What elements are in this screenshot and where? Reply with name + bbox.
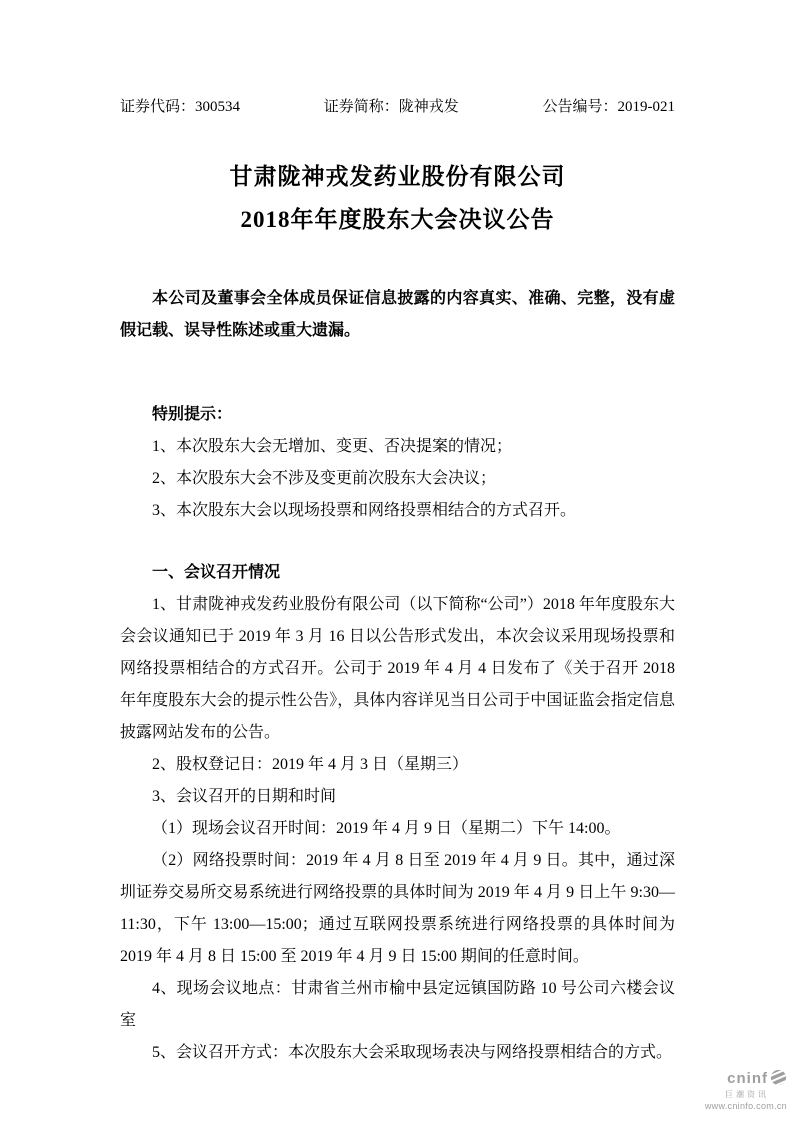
disclaimer-paragraph: 本公司及董事会全体成员保证信息披露的内容真实、准确、完整，没有虚假记载、误导性陈…: [120, 283, 675, 347]
cninfo-brand-text: cninf: [727, 1071, 768, 1088]
section-paragraph: 2、股权登记日：2019 年 4 月 3 日（星期三）: [120, 749, 675, 781]
doc-header: 证券代码：300534 证券简称：陇神戎发 公告编号：2019-021: [120, 97, 675, 117]
cninfo-brand-chinese: 巨潮资讯: [637, 1091, 769, 1100]
cninfo-swirl-icon: [770, 1069, 787, 1091]
stock-code: 证券代码：300534: [120, 97, 240, 117]
special-notice-item: 1、本次股东大会无增加、变更、否决提案的情况；: [120, 431, 675, 463]
meeting-section: 一、会议召开情况 1、甘肃陇神戎发药业股份有限公司（以下简称“公司”）2018 …: [120, 557, 675, 1069]
cninfo-brand-row: cninf: [637, 1069, 787, 1091]
special-notice-heading: 特别提示：: [120, 399, 675, 431]
section-heading: 一、会议召开情况: [120, 557, 675, 589]
document-content: 证券代码：300534 证券简称：陇神戎发 公告编号：2019-021 甘肃陇神…: [0, 0, 793, 1069]
section-paragraph: 5、会议召开方式：本次股东大会采取现场表决与网络投票相结合的方式。: [120, 1037, 675, 1069]
stock-short-name: 证券简称：陇神戎发: [324, 97, 459, 117]
section-paragraph: （2）网络投票时间：2019 年 4 月 8 日至 2019 年 4 月 9 日…: [120, 845, 675, 973]
special-notice-item: 2、本次股东大会不涉及变更前次股东大会决议；: [120, 463, 675, 495]
disclaimer-section: 本公司及董事会全体成员保证信息披露的内容真实、准确、完整，没有虚假记载、误导性陈…: [120, 283, 675, 347]
cninfo-logo: cninf 巨潮资讯 www.cninfo.com.cn: [637, 1069, 787, 1112]
announcement-title: 2018年年度股东大会决议公告: [120, 204, 675, 236]
special-notice-item: 3、本次股东大会以现场投票和网络投票相结合的方式召开。: [120, 495, 675, 527]
section-paragraph: （1）现场会议召开时间：2019 年 4 月 9 日（星期二）下午 14:00。: [120, 813, 675, 845]
section-paragraph: 3、会议召开的日期和时间: [120, 781, 675, 813]
document-page: 证券代码：300534 证券简称：陇神戎发 公告编号：2019-021 甘肃陇神…: [0, 0, 793, 1122]
special-notice-section: 特别提示： 1、本次股东大会无增加、变更、否决提案的情况； 2、本次股东大会不涉…: [120, 399, 675, 527]
section-paragraph: 4、现场会议地点：甘肃省兰州市榆中县定远镇国防路 10 号公司六楼会议室: [120, 973, 675, 1037]
company-title: 甘肃陇神戎发药业股份有限公司: [120, 161, 675, 193]
announcement-number: 公告编号：2019-021: [543, 97, 676, 117]
cninfo-url: www.cninfo.com.cn: [637, 1102, 787, 1112]
section-paragraph: 1、甘肃陇神戎发药业股份有限公司（以下简称“公司”）2018 年年度股东大会会议…: [120, 589, 675, 749]
